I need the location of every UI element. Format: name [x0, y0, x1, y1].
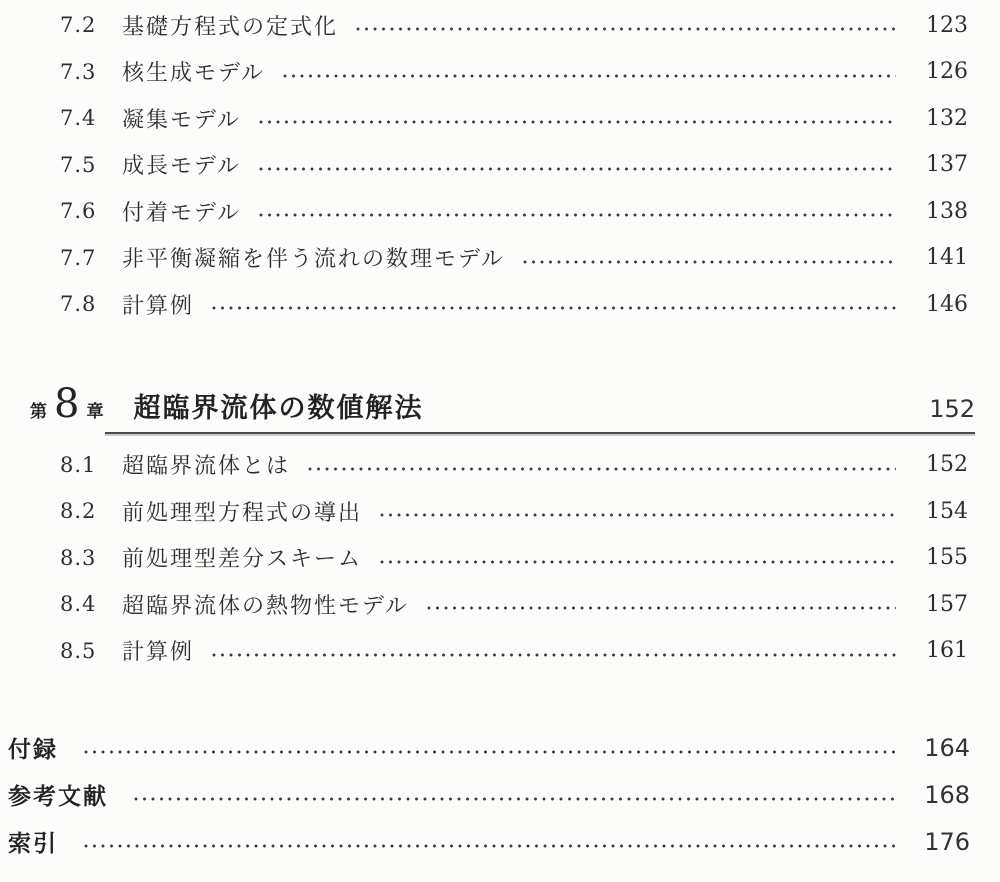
section-title: 超臨界流体とは [122, 449, 290, 480]
section-number: 7.3 [60, 60, 122, 84]
section-number: 7.6 [60, 199, 122, 223]
backmatter-title: 索引 [8, 825, 58, 858]
dot-leader [84, 844, 896, 848]
page-number: 152 [912, 452, 968, 477]
toc-page: 7.2 基礎方程式の定式化 123 7.3 核生成モデル 126 7.4 凝集モ… [0, 0, 1000, 882]
dot-leader [523, 260, 896, 264]
page-number: 138 [912, 199, 968, 224]
section-title: 前処理型差分スキーム [122, 542, 362, 573]
page-number: 161 [912, 638, 968, 663]
page-number: 155 [912, 545, 968, 570]
section-title: 付着モデル [122, 196, 241, 227]
toc-entry: 7.6 付着モデル 138 [60, 188, 968, 235]
section-number: 7.4 [60, 106, 122, 130]
page-number: 132 [912, 106, 968, 131]
chapter8-section-list: 8.1 超臨界流体とは 152 8.2 前処理型方程式の導出 154 8.3 前… [60, 442, 968, 675]
toc-entry: 8.2 前処理型方程式の導出 154 [60, 488, 968, 535]
page-number: 157 [912, 592, 968, 617]
toc-entry: 8.3 前処理型差分スキーム 155 [60, 535, 968, 582]
dot-leader [380, 513, 896, 517]
toc-entry: 8.5 計算例 161 [60, 628, 968, 675]
chapter-number: 8 [54, 384, 79, 424]
section-number: 7.8 [60, 292, 122, 316]
section-number: 8.4 [60, 592, 122, 616]
section-title: 非平衡凝縮を伴う流れの数理モデル [122, 242, 505, 273]
section-title: 成長モデル [122, 149, 241, 180]
section-title: 凝集モデル [122, 103, 241, 134]
toc-entry: 7.4 凝集モデル 132 [60, 95, 968, 142]
chapter-prefix-label: 第 [30, 397, 47, 422]
backmatter-entry: 付録 164 [8, 724, 970, 771]
section-number: 8.3 [60, 546, 122, 570]
toc-entry: 7.5 成長モデル 137 [60, 142, 968, 189]
section-title: 計算例 [122, 289, 194, 320]
dot-leader [283, 74, 896, 78]
chapter8-heading: 第 8 章 超臨界流体の数値解法 152 [30, 384, 975, 425]
section-number: 8.5 [60, 639, 122, 663]
dot-leader [308, 467, 896, 471]
dot-leader [427, 606, 896, 610]
dot-leader [259, 167, 896, 171]
dot-leader [84, 750, 896, 754]
section-number: 7.5 [60, 153, 122, 177]
page-number: 137 [912, 152, 968, 177]
chapter-suffix-label: 章 [86, 397, 103, 422]
page-number: 126 [912, 59, 968, 84]
page-number: 164 [910, 734, 970, 762]
backmatter-title: 付録 [8, 731, 58, 764]
chapter-page-number: 152 [929, 395, 975, 423]
section-title: 核生成モデル [122, 56, 265, 87]
toc-entry: 7.8 計算例 146 [60, 281, 968, 328]
dot-leader [259, 213, 896, 217]
page-number: 168 [910, 781, 970, 809]
section-title: 前処理型方程式の導出 [122, 496, 362, 527]
backmatter-list: 付録 164 参考文献 168 索引 176 [8, 724, 970, 865]
page-number: 123 [912, 13, 968, 38]
dot-leader [380, 560, 896, 564]
section-number: 8.1 [60, 453, 122, 477]
section-title: 超臨界流体の熱物性モデル [122, 589, 409, 620]
backmatter-entry: 索引 176 [8, 818, 970, 865]
chapter-title: 超臨界流体の数値解法 [133, 386, 423, 425]
page-number: 176 [910, 828, 970, 856]
page-number: 154 [912, 499, 968, 524]
dot-leader [212, 653, 896, 657]
dot-leader [356, 27, 896, 31]
dot-leader [212, 306, 896, 310]
chapter-underline [105, 432, 975, 434]
chapter8-heading-block: 第 8 章 超臨界流体の数値解法 152 [0, 384, 1000, 434]
dot-leader [259, 120, 896, 124]
section-number: 7.2 [60, 13, 122, 37]
chapter7-section-list: 7.2 基礎方程式の定式化 123 7.3 核生成モデル 126 7.4 凝集モ… [60, 2, 968, 328]
backmatter-entry: 参考文献 168 [8, 771, 970, 818]
backmatter-title: 参考文献 [8, 778, 108, 811]
toc-entry: 8.4 超臨界流体の熱物性モデル 157 [60, 581, 968, 628]
section-number: 7.7 [60, 246, 122, 270]
section-number: 8.2 [60, 499, 122, 523]
toc-entry: 8.1 超臨界流体とは 152 [60, 442, 968, 489]
dot-leader [134, 797, 896, 801]
section-title: 基礎方程式の定式化 [122, 10, 338, 41]
page-number: 141 [912, 245, 968, 270]
section-title: 計算例 [122, 635, 194, 666]
toc-entry: 7.2 基礎方程式の定式化 123 [60, 2, 968, 49]
toc-entry: 7.3 核生成モデル 126 [60, 49, 968, 96]
page-number: 146 [912, 292, 968, 317]
toc-entry: 7.7 非平衡凝縮を伴う流れの数理モデル 141 [60, 235, 968, 282]
